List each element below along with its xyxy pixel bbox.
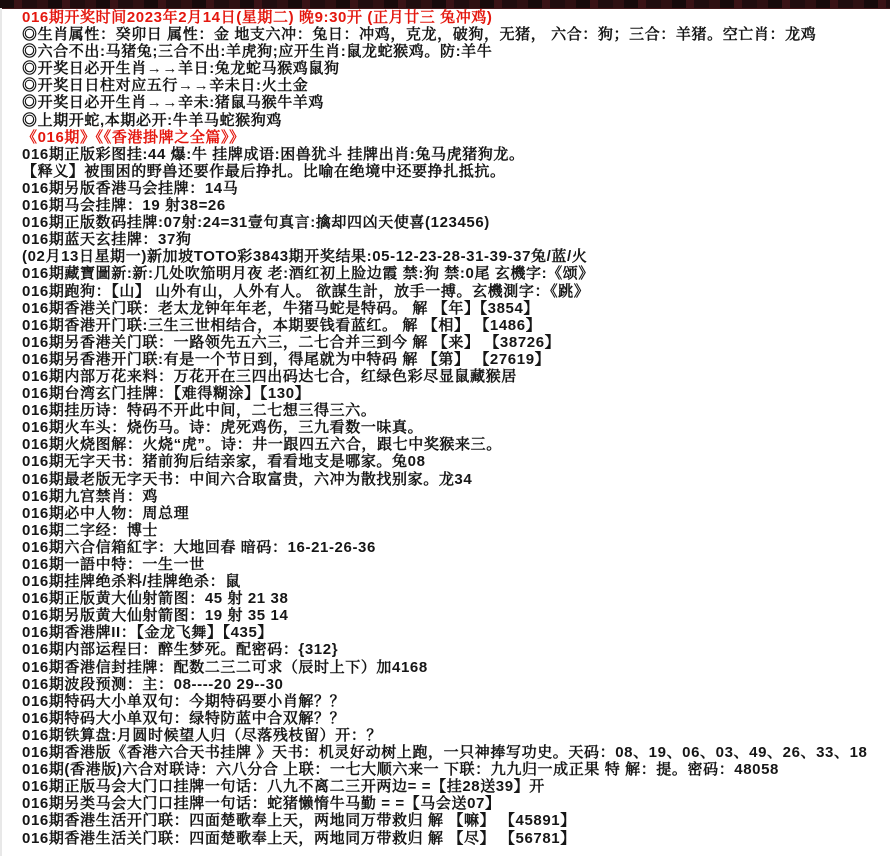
text-line: 016期藏寶圖新:新:几处吹笳明月夜 老:酒红初上脸边霞 禁:狗 禁:0尾 玄機… [22,265,888,282]
text-line: 016期香港牌II：【金龙飞舞】【435】 [22,624,888,641]
text-line: 016期六合信箱紅字：大地回春 暗码：16-21-26-36 [22,539,888,556]
text-line: 016期另版黄大仙射箭图：19 射 35 14 [22,607,888,624]
lottery-tips-page: 016期开奖时间2023年2月14日(星期二) 晚9:30开 (正月廿三 兔冲鸡… [0,0,890,856]
top-image-strip [0,0,890,9]
text-line: 016期必中人物：周总理 [22,505,888,522]
text-line: 016期最老版无字天书：中间六合取富贵，六冲为散找别家。龙34 [22,471,888,488]
text-line: 016期蓝天玄挂牌：37狗 [22,231,888,248]
text-line: 016期另类马会大门口挂牌一句话：蛇猪懒惰牛马勤 = =【马会送07】 [22,795,888,812]
text-line: 016期香港开门联:三生三世相结合，本期要钱看蓝红。 解 【相】 【1486】 [22,317,888,334]
text-line: 016期无字天书：猪前狗后结亲家，看看地支是哪家。兔08 [22,453,888,470]
text-line: ◎上期开蛇,本期必开:牛羊马蛇猴狗鸡 [22,112,888,129]
text-line: 016期火烧图解：火烧“虎”。诗：井一跟四五六合，跟七中奖猴来三。 [22,436,888,453]
text-line: 016期香港信封挂牌：配数二三二可求（辰时上下）加4168 [22,659,888,676]
text-line: (02月13日星期一)新加坡TOTO彩3843期开奖结果:05-12-23-28… [22,248,888,265]
text-line: 016期一語中特：一生一世 [22,556,888,573]
page-title-line: 016期开奖时间2023年2月14日(星期二) 晚9:30开 (正月廿三 兔冲鸡… [22,9,888,26]
text-line: ◎开奖日日柱对应五行→→辛未日:火土金 [22,77,888,94]
text-line: 016期正版黄大仙射箭图：45 射 21 38 [22,590,888,607]
text-line: 016期马会挂牌：19 射38=26 [22,197,888,214]
text-line: 016期火车头：烧伤马。诗：虎死鸡伤，三九看数一味真。 [22,419,888,436]
text-line: 016期香港生活开门联：四面楚歌奉上天，两地同万带救归 解 【嘛】 【45891… [22,812,888,829]
text-line: 016期铁算盘:月圆时候望人归（尽落残枝留）开：？ [22,727,888,744]
text-line: 016期挂牌绝杀料/挂牌绝杀：鼠 [22,573,888,590]
text-line: 016期内部万花来料：万花开在三四出码达七合，红绿色彩尽显鼠藏猴居 [22,368,888,385]
text-line: ◎生肖属性：癸卯日 属性：金 地支六冲：兔日：冲鸡，克龙，破狗，无猪， 六合：狗… [22,26,888,43]
text-line: ◎开奖日必开生肖→→辛未:猪鼠马猴牛羊鸡 [22,94,888,111]
text-line: 016期香港生活关门联：四面楚歌奉上天，两地同万带救归 解 【尽】 【56781… [22,830,888,847]
text-line: 016期正版马会大门口挂牌一句话：八九不离二三开两边= =【挂28送39】开 [22,778,888,795]
left-edge-divider [0,8,2,856]
text-line: 016期另香港关门联：一路领先五六三，二七合并三到今 解 【来】 【38726】 [22,334,888,351]
text-line: 【释义】被围困的野兽还要作最后挣扎。比喻在绝境中还要挣扎抵抗。 [22,163,888,180]
text-content: 016期开奖时间2023年2月14日(星期二) 晚9:30开 (正月廿三 兔冲鸡… [22,9,888,847]
text-line: 016期(香港版)六合对联诗：六八分合 上联：一七大顺六来一 下联：九九归一成正… [22,761,888,778]
text-line: 016期内部运程曰：醉生梦死。配密码：{312} [22,641,888,658]
text-line: 016期另版香港马会挂牌：14马 [22,180,888,197]
text-line: 016期香港关门联：老太龙钟年年老，牛猪马蛇是特码。 解 【年】【3854】 [22,300,888,317]
text-line: 016期跑狗：【山】 山外有山，人外有人。 欲謀生計，放手一搏。玄機測字：《跳》 [22,283,888,300]
text-line: 016期香港版《香港六合天书挂牌 》天书：机灵好动树上跑，一只神捧写功史。天码：… [22,744,888,761]
text-line: 016期正版数码挂牌:07射:24=31壹句真言:擒却四凶天使喜(123456) [22,214,888,231]
text-line: 016期台湾玄门挂牌：【难得糊涂】【130】 [22,385,888,402]
text-line: 016期特码大小单双句：绿特防蓝中合双解？？ [22,710,888,727]
text-line: 016期二字经：博士 [22,522,888,539]
text-line: 016期波段预测：主：08----20 29--30 [22,676,888,693]
text-line: ◎六合不出:马猪兔;三合不出:羊虎狗;应开生肖:鼠龙蛇猴鸡。防:羊牛 [22,43,888,60]
text-line: 016期特码大小单双句：今期特码要小肖解？？ [22,693,888,710]
text-line: 016期挂历诗：特码不开此中间，二七想三得三六。 [22,402,888,419]
text-line: 016期九宫禁肖：鸡 [22,488,888,505]
text-line: ◎开奖日必开生肖→→羊日:兔龙蛇马猴鸡鼠狗 [22,60,888,77]
text-line: 016期另香港开门联:有是一个节日到，得尾就为中特码 解 【第】 【27619】 [22,351,888,368]
section-heading-line: 《016期》《《香港掛牌之全篇》》 [22,129,888,146]
text-line: 016期正版彩图挂:44 爆:牛 挂牌成语:困兽犹斗 挂牌出肖:兔马虎猪狗龙。 [22,146,888,163]
